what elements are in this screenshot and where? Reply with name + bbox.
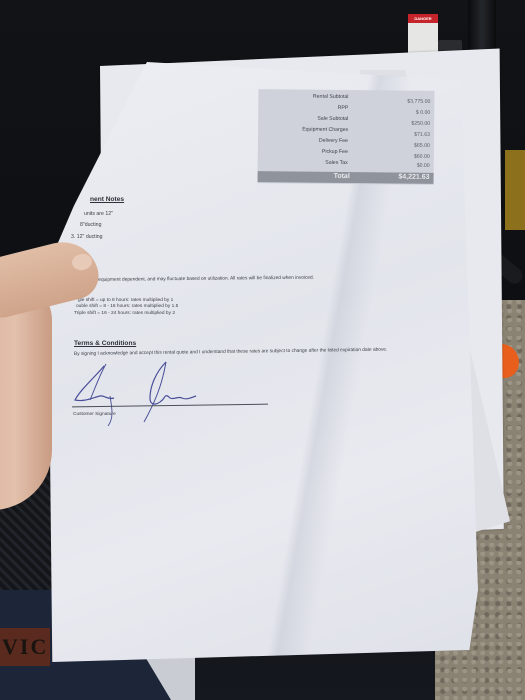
totals-row-value: $60.00 [414,154,430,160]
truck-lettering: VIC [0,628,50,666]
totals-row-label: Equipment Charges [302,127,348,133]
totals-row-value: $0.00 [417,163,430,169]
totals-row: Pickup Fee $60.00 [258,148,434,160]
totals-row: RPP $ 0.00 [258,104,434,116]
totals-row-label: Sales Tax [325,160,347,166]
shift-line: ouble shift = 8 - 16 hours: rates multip… [76,304,178,309]
totals-row-label: Delivery Fee [319,138,348,144]
total-value: $4,221.63 [398,174,429,181]
totals-table: Rental Subtotal $3,775.00 RPP $ 0.00 Sal… [258,89,435,185]
total-label: Total [334,173,350,180]
totals-row: Sales Tax $0.00 [258,159,434,171]
signature-label: Customer Signature [73,412,116,417]
handwritten-signature [70,358,210,428]
danger-decal-label: DANGER [408,14,438,23]
totals-row: Sale Subtotal $250.00 [258,115,434,127]
shift-line: Triple shift = 16 - 24 hours: rates mult… [74,311,175,316]
shift-line: gle shift = up to 8 hours: rates multipl… [78,298,173,303]
notes-item: 3. 12" ducting [71,234,103,240]
totals-row: Delivery Fee $65.00 [258,137,434,149]
totals-row: Equipment Charges $71.63 [258,126,434,138]
totals-row-value: $71.63 [414,132,430,138]
notes-heading: nent Notes [90,196,124,203]
totals-row-label: Rental Subtotal [313,94,349,100]
totals-row-value: $3,775.00 [407,99,430,105]
totals-total-row: Total $4,221.63 [258,171,434,184]
totals-row-label: RPP [338,105,349,111]
totals-row-value: $ 0.00 [416,110,430,116]
notes-item: 8"ducting [80,222,101,228]
totals-row: Rental Subtotal $3,775.00 [258,93,434,105]
notes-item: units are 12" [84,211,113,217]
yellow-equipment [505,150,525,230]
terms-heading: Terms & Conditions [74,340,136,347]
totals-row-label: Sale Subtotal [317,116,348,122]
totals-row-value: $250.00 [411,121,430,127]
danger-decal: DANGER [408,14,438,56]
totals-row-value: $65.00 [414,143,430,149]
totals-row-label: Pickup Fee [322,149,348,155]
